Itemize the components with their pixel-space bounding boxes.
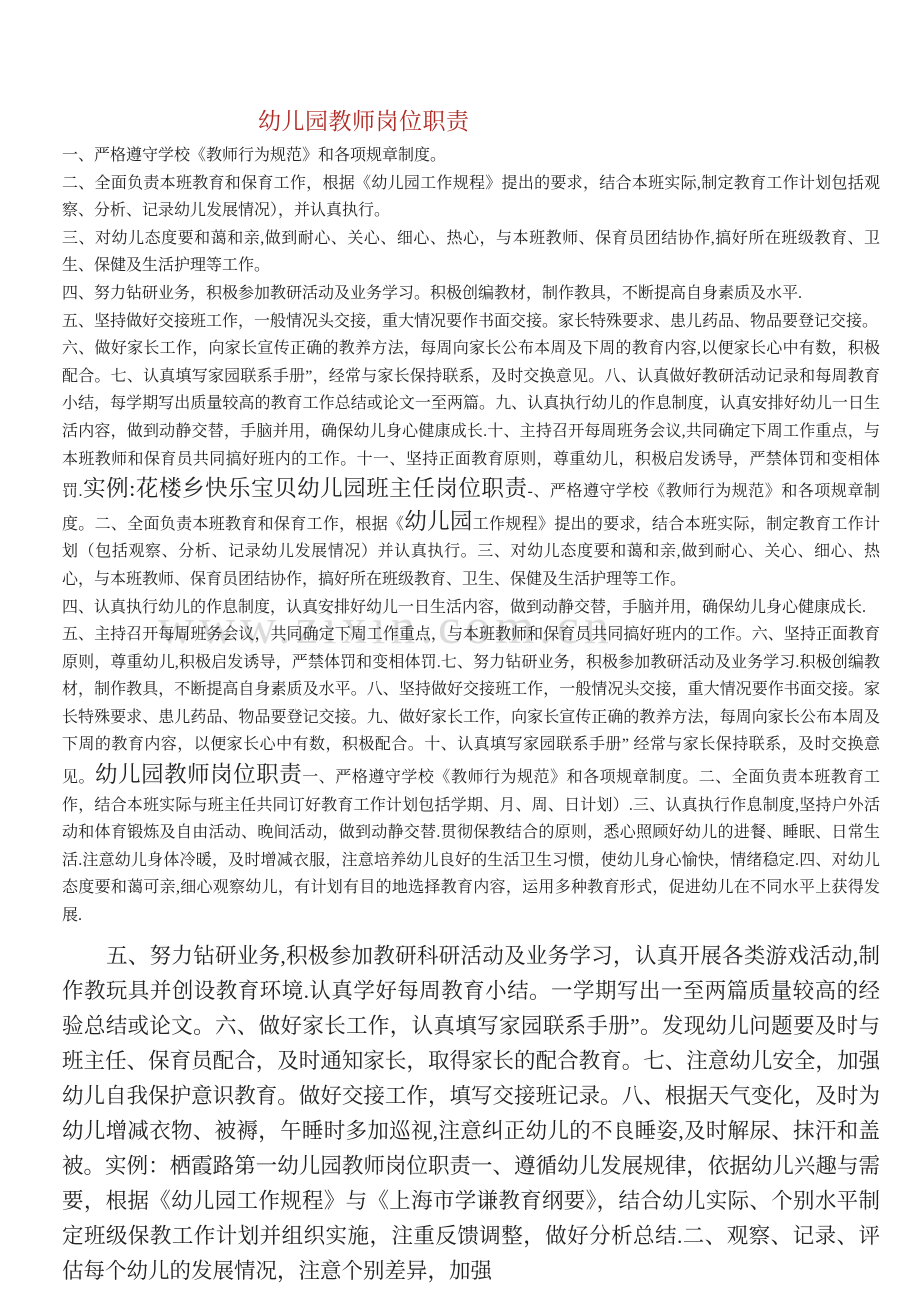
paragraph: 五、坚持做好交接班工作，一般情况头交接，重大情况要作书面交接。家长特殊要求、患儿… — [62, 308, 880, 336]
paragraph: 五、努力钻研业务,积极参加教研科研活动及业务学习，认真开展各类游戏活动,制作教玩… — [62, 939, 880, 1289]
text-run: 三、对幼儿态度要和蔼和亲,做到耐心、关心、细心、热心，与本班教师、保育员团结协作… — [62, 230, 880, 275]
text-run: 实例:花楼乡快乐宝贝幼儿园班主任岗位职责 — [83, 476, 528, 501]
text-run: 二、全面负责本班教育和保育工作，根据《幼儿园工作规程》提出的要求，结合本班实际,… — [62, 175, 880, 220]
text-run: 五、努力钻研业务,积极参加教研科研活动及业务学习，认真开展各类游戏活动,制作教玩… — [62, 944, 880, 1283]
paragraph: 四、认真执行幼儿的作息制度，认真安排好幼儿一日生活内容，做到动静交替，手脑并用，… — [62, 594, 880, 622]
document-title: 幼儿园教师岗位职责 — [62, 103, 470, 136]
paragraph: 一、严格遵守学校《教师行为规范》和各项规章制度。 — [62, 142, 880, 170]
document-page: www.zixin.com.cn 幼儿园教师岗位职责 一、严格遵守学校《教师行为… — [0, 0, 920, 1302]
text-run: 一、严格遵守学校《教师行为规范》和各项规章制度。 — [62, 147, 446, 164]
paragraph: 二、全面负责本班教育和保育工作，根据《幼儿园工作规程》提出的要求，结合本班实际,… — [62, 170, 880, 225]
text-run: 四、努力钻研业务，积极参加教研活动及业务学习。积极创编教材，制作教具，不断提高自… — [62, 285, 802, 302]
text-run: 四、认真执行幼儿的作息制度，认真安排好幼儿一日生活内容，做到动静交替，手脑并用，… — [62, 599, 866, 616]
document-body: 一、严格遵守学校《教师行为规范》和各项规章制度。二、全面负责本班教育和保育工作，… — [62, 142, 880, 1289]
text-run: 五、坚持做好交接班工作，一般情况头交接，重大情况要作书面交接。家长特殊要求、患儿… — [62, 313, 878, 330]
text-run: 幼儿园教师岗位职责 — [95, 762, 302, 787]
paragraph: 三、对幼儿态度要和蔼和亲,做到耐心、关心、细心、热心，与本班教师、保育员团结协作… — [62, 225, 880, 280]
text-run: 一、严格遵守学校《教师行为规范》和各项规章制度。二、全面负责本班教育工作，结合本… — [62, 769, 880, 924]
paragraph: 五、主持召开每周班务会议，共同确定下周工作重点，与本班教师和保育员共同搞好班内的… — [62, 621, 880, 930]
text-run: 幼儿园 — [404, 509, 472, 534]
paragraph: 四、努力钻研业务，积极参加教研活动及业务学习。积极创编教材，制作教具，不断提高自… — [62, 280, 880, 308]
paragraph: 六、做好家长工作，向家长宣传正确的教养方法，每周向家长公布本周及下周的教育内容,… — [62, 335, 880, 593]
